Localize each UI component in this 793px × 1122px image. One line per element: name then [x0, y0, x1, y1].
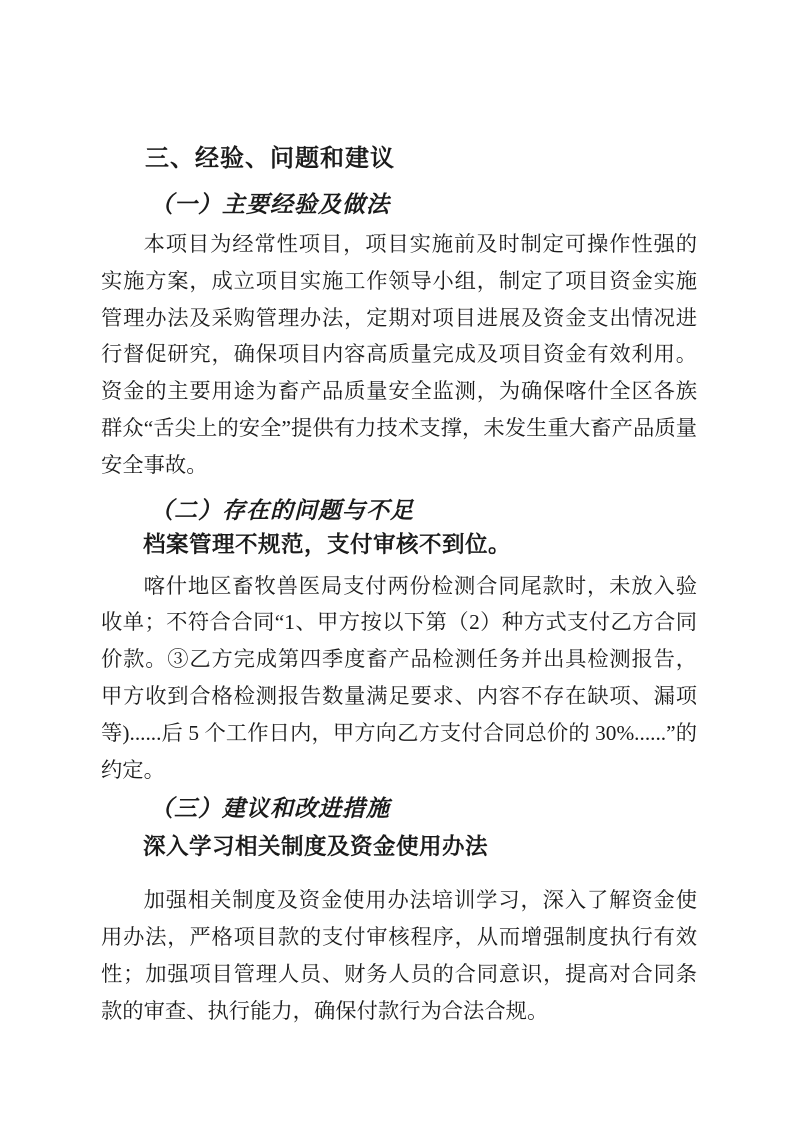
- main-heading: 三、经验、问题和建议: [101, 144, 697, 174]
- section-3-paragraph: 加强相关制度及资金使用办法培训学习，深入了解资金使用办法，严格项目款的支付审核程…: [101, 882, 697, 1029]
- document-page: 三、经验、问题和建议 （一）主要经验及做法 本项目为经常性项目，项目实施前及时制…: [0, 0, 793, 1122]
- section-2-heading: （二）存在的问题与不足: [101, 496, 697, 526]
- section-2-lead: 档案管理不规范，支付审核不到位。: [101, 528, 697, 562]
- section-1-heading: （一）主要经验及做法: [101, 190, 697, 220]
- section-3-heading: （三）建议和改进措施: [101, 794, 697, 824]
- section-3-lead: 深入学习相关制度及资金使用办法: [101, 830, 697, 864]
- section-2-paragraph: 喀什地区畜牧兽医局支付两份检测合同尾款时，未放入验收单；不符合合同“1、甲方按以…: [101, 568, 697, 789]
- section-1-paragraph: 本项目为经常性项目，项目实施前及时制定可操作性强的实施方案，成立项目实施工作领导…: [101, 226, 697, 484]
